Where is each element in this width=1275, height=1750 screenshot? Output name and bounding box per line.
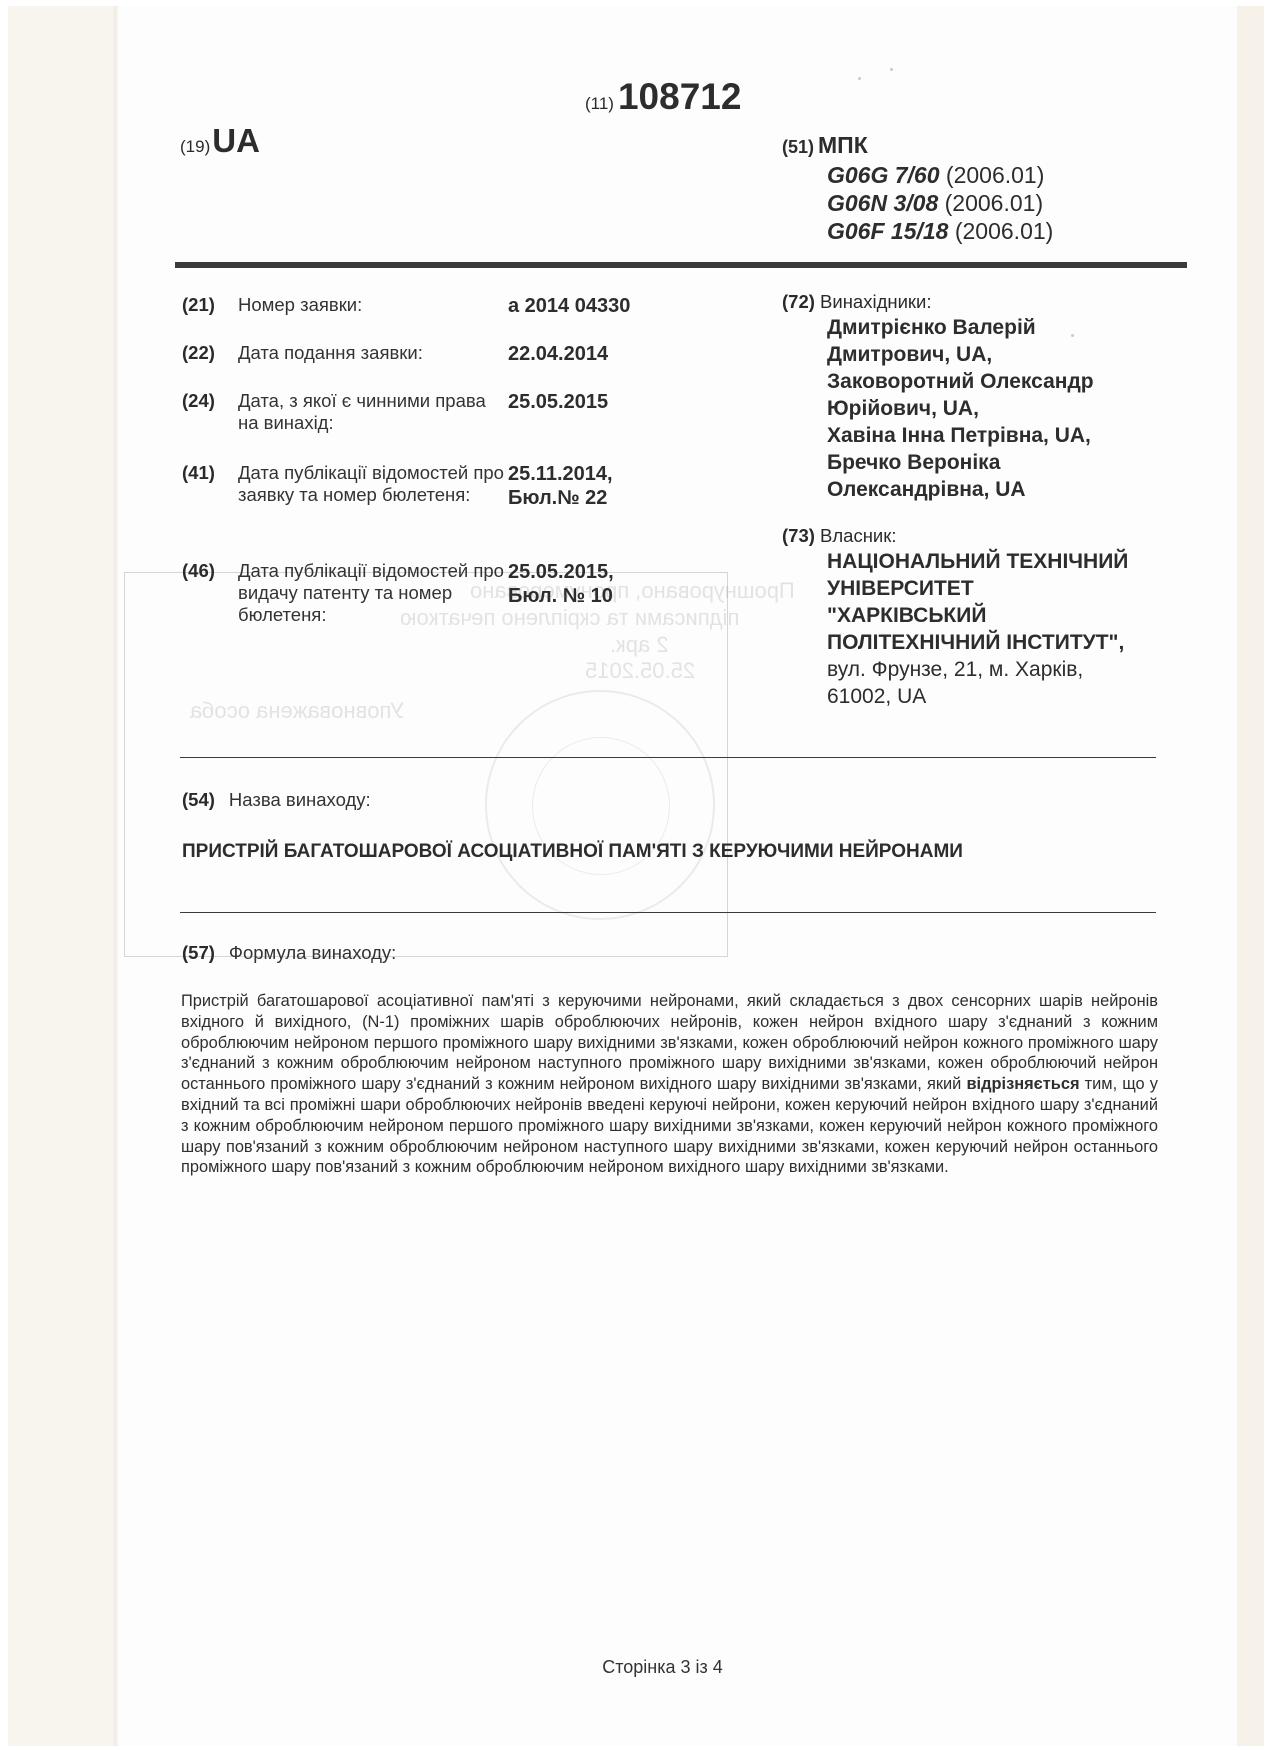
field-code: (22) <box>182 342 215 364</box>
field-label: Дата подання заявки: <box>238 342 508 364</box>
country: UA <box>212 122 260 159</box>
owner-address-line: 61002, UA <box>827 683 1128 710</box>
country-code: (19)UA <box>180 122 260 160</box>
field-code: (46) <box>182 560 215 582</box>
owner-name-line: "ХАРКІВСЬКИЙ <box>827 602 1128 629</box>
claims-heading: (57)Формула винаходу: <box>182 942 396 964</box>
field-code: (73) <box>782 525 815 546</box>
field-value: a 2014 04330 <box>508 294 630 318</box>
patent-number: 108712 <box>618 76 741 117</box>
field-code: (54) <box>182 789 215 810</box>
field-label: Формула винаходу: <box>229 942 396 963</box>
ipc-class: G06N 3/08 <box>827 190 938 216</box>
inventor-line: Хавіна Інна Петрівна, UA, <box>827 422 1094 449</box>
header-divider <box>175 262 1187 268</box>
field-label: Номер заявки: <box>238 294 508 316</box>
ipc-class: G06G 7/60 <box>827 162 940 188</box>
claims-text: Пристрій багатошарової асоціативної пам'… <box>181 991 1158 1178</box>
inventor-names: Дмитрієнко Валерій Дмитрович, UA, Заково… <box>827 314 1094 503</box>
invention-title: ПРИСТРІЙ БАГАТОШАРОВОЇ АСОЦІАТИВНОЇ ПАМ'… <box>182 841 963 863</box>
ipc-title: МПК <box>818 132 868 158</box>
show-through-line: 2 арк. <box>610 632 669 658</box>
ipc-version: (2006.01) <box>945 190 1043 216</box>
field-code: (72) <box>782 291 815 312</box>
field-value-line: 25.11.2014, <box>508 462 613 486</box>
field-value: 25.05.2015, Бюл. № 10 <box>508 560 614 608</box>
ipc-class: G06F 15/18 <box>827 218 948 244</box>
invention-title-heading: (54)Назва винаходу: <box>182 789 371 811</box>
show-through-seal <box>485 690 715 920</box>
owner-name-line: НАЦІОНАЛЬНИЙ ТЕХНІЧНИЙ <box>827 548 1128 575</box>
inventor-line: Бречко Вероніка <box>827 449 1094 476</box>
inventor-line: Дмитрович, UA, <box>827 341 1094 368</box>
field-label: Дата, з якої є чинними права на винахід: <box>238 390 508 434</box>
show-through-line: Уповноважена особа <box>190 698 404 724</box>
ipc-classification: (51)МПК G06G 7/60 (2006.01) G06N 3/08 (2… <box>782 131 1053 245</box>
publication-number: (11)108712 <box>585 76 741 118</box>
field-code: (41) <box>182 462 215 484</box>
field-value-line: Бюл. № 10 <box>508 584 614 608</box>
ipc-version: (2006.01) <box>955 218 1053 244</box>
field-label: Дата публікації відомостей про видачу па… <box>238 560 508 626</box>
field-value-line: Бюл.№ 22 <box>508 486 613 510</box>
field-label: Власник: <box>820 525 896 546</box>
ipc-class-row: G06N 3/08 (2006.01) <box>827 189 1053 217</box>
field-code: (24) <box>182 390 215 412</box>
owner-block: (73) Власник: НАЦІОНАЛЬНИЙ ТЕХНІЧНИЙ УНІ… <box>782 524 1128 710</box>
field-value: 25.05.2015 <box>508 390 608 414</box>
inventor-line: Заковоротний Олександр <box>827 368 1094 395</box>
inventor-line: Юрійович, UA, <box>827 395 1094 422</box>
owner-address-line: вул. Фрунзе, 21, м. Харків, <box>827 656 1128 683</box>
owner-name-line: ПОЛІТЕХНІЧНИЙ ІНСТИТУТ", <box>827 629 1128 656</box>
publication-number-code: (11) <box>585 94 614 113</box>
field-code: (21) <box>182 294 215 316</box>
claims-emphasis: відрізняється <box>966 1075 1079 1093</box>
section-divider <box>180 757 1156 758</box>
inventor-line: Дмитрієнко Валерій <box>827 314 1094 341</box>
owner-address: вул. Фрунзе, 21, м. Харків, 61002, UA <box>827 656 1128 710</box>
field-label: Винахідники: <box>820 291 931 312</box>
ipc-class-row: G06F 15/18 (2006.01) <box>827 217 1053 245</box>
scan-margin-right <box>1237 6 1264 1746</box>
field-label: Дата публікації відомостей про заявку та… <box>238 462 508 506</box>
ipc-version: (2006.01) <box>946 162 1044 188</box>
inventors-block: (72) Винахідники: Дмитрієнко Валерій Дми… <box>782 290 1094 503</box>
section-divider <box>180 912 1156 913</box>
page-footer: Сторінка 3 із 4 <box>0 1657 1275 1678</box>
country-code-label: (19) <box>180 137 210 156</box>
field-value: 22.04.2014 <box>508 342 608 366</box>
field-label: Назва винаходу: <box>229 789 371 810</box>
scan-margin-left <box>8 6 118 1746</box>
field-value: 25.11.2014, Бюл.№ 22 <box>508 462 613 510</box>
page-number: Сторінка 3 із 4 <box>602 1657 723 1677</box>
show-through-line: 25.05.2015 <box>585 658 695 684</box>
field-code: (57) <box>182 942 215 963</box>
field-value-line: 25.05.2015, <box>508 560 614 584</box>
owner-name-line: УНІВЕРСИТЕТ <box>827 575 1128 602</box>
inventor-line: Олександрівна, UA <box>827 476 1094 503</box>
ipc-code: (51) <box>782 137 814 157</box>
scan-speck <box>858 77 861 80</box>
owner-name: НАЦІОНАЛЬНИЙ ТЕХНІЧНИЙ УНІВЕРСИТЕТ "ХАРК… <box>827 548 1128 656</box>
ipc-class-row: G06G 7/60 (2006.01) <box>827 161 1053 189</box>
scan-speck <box>890 68 893 71</box>
